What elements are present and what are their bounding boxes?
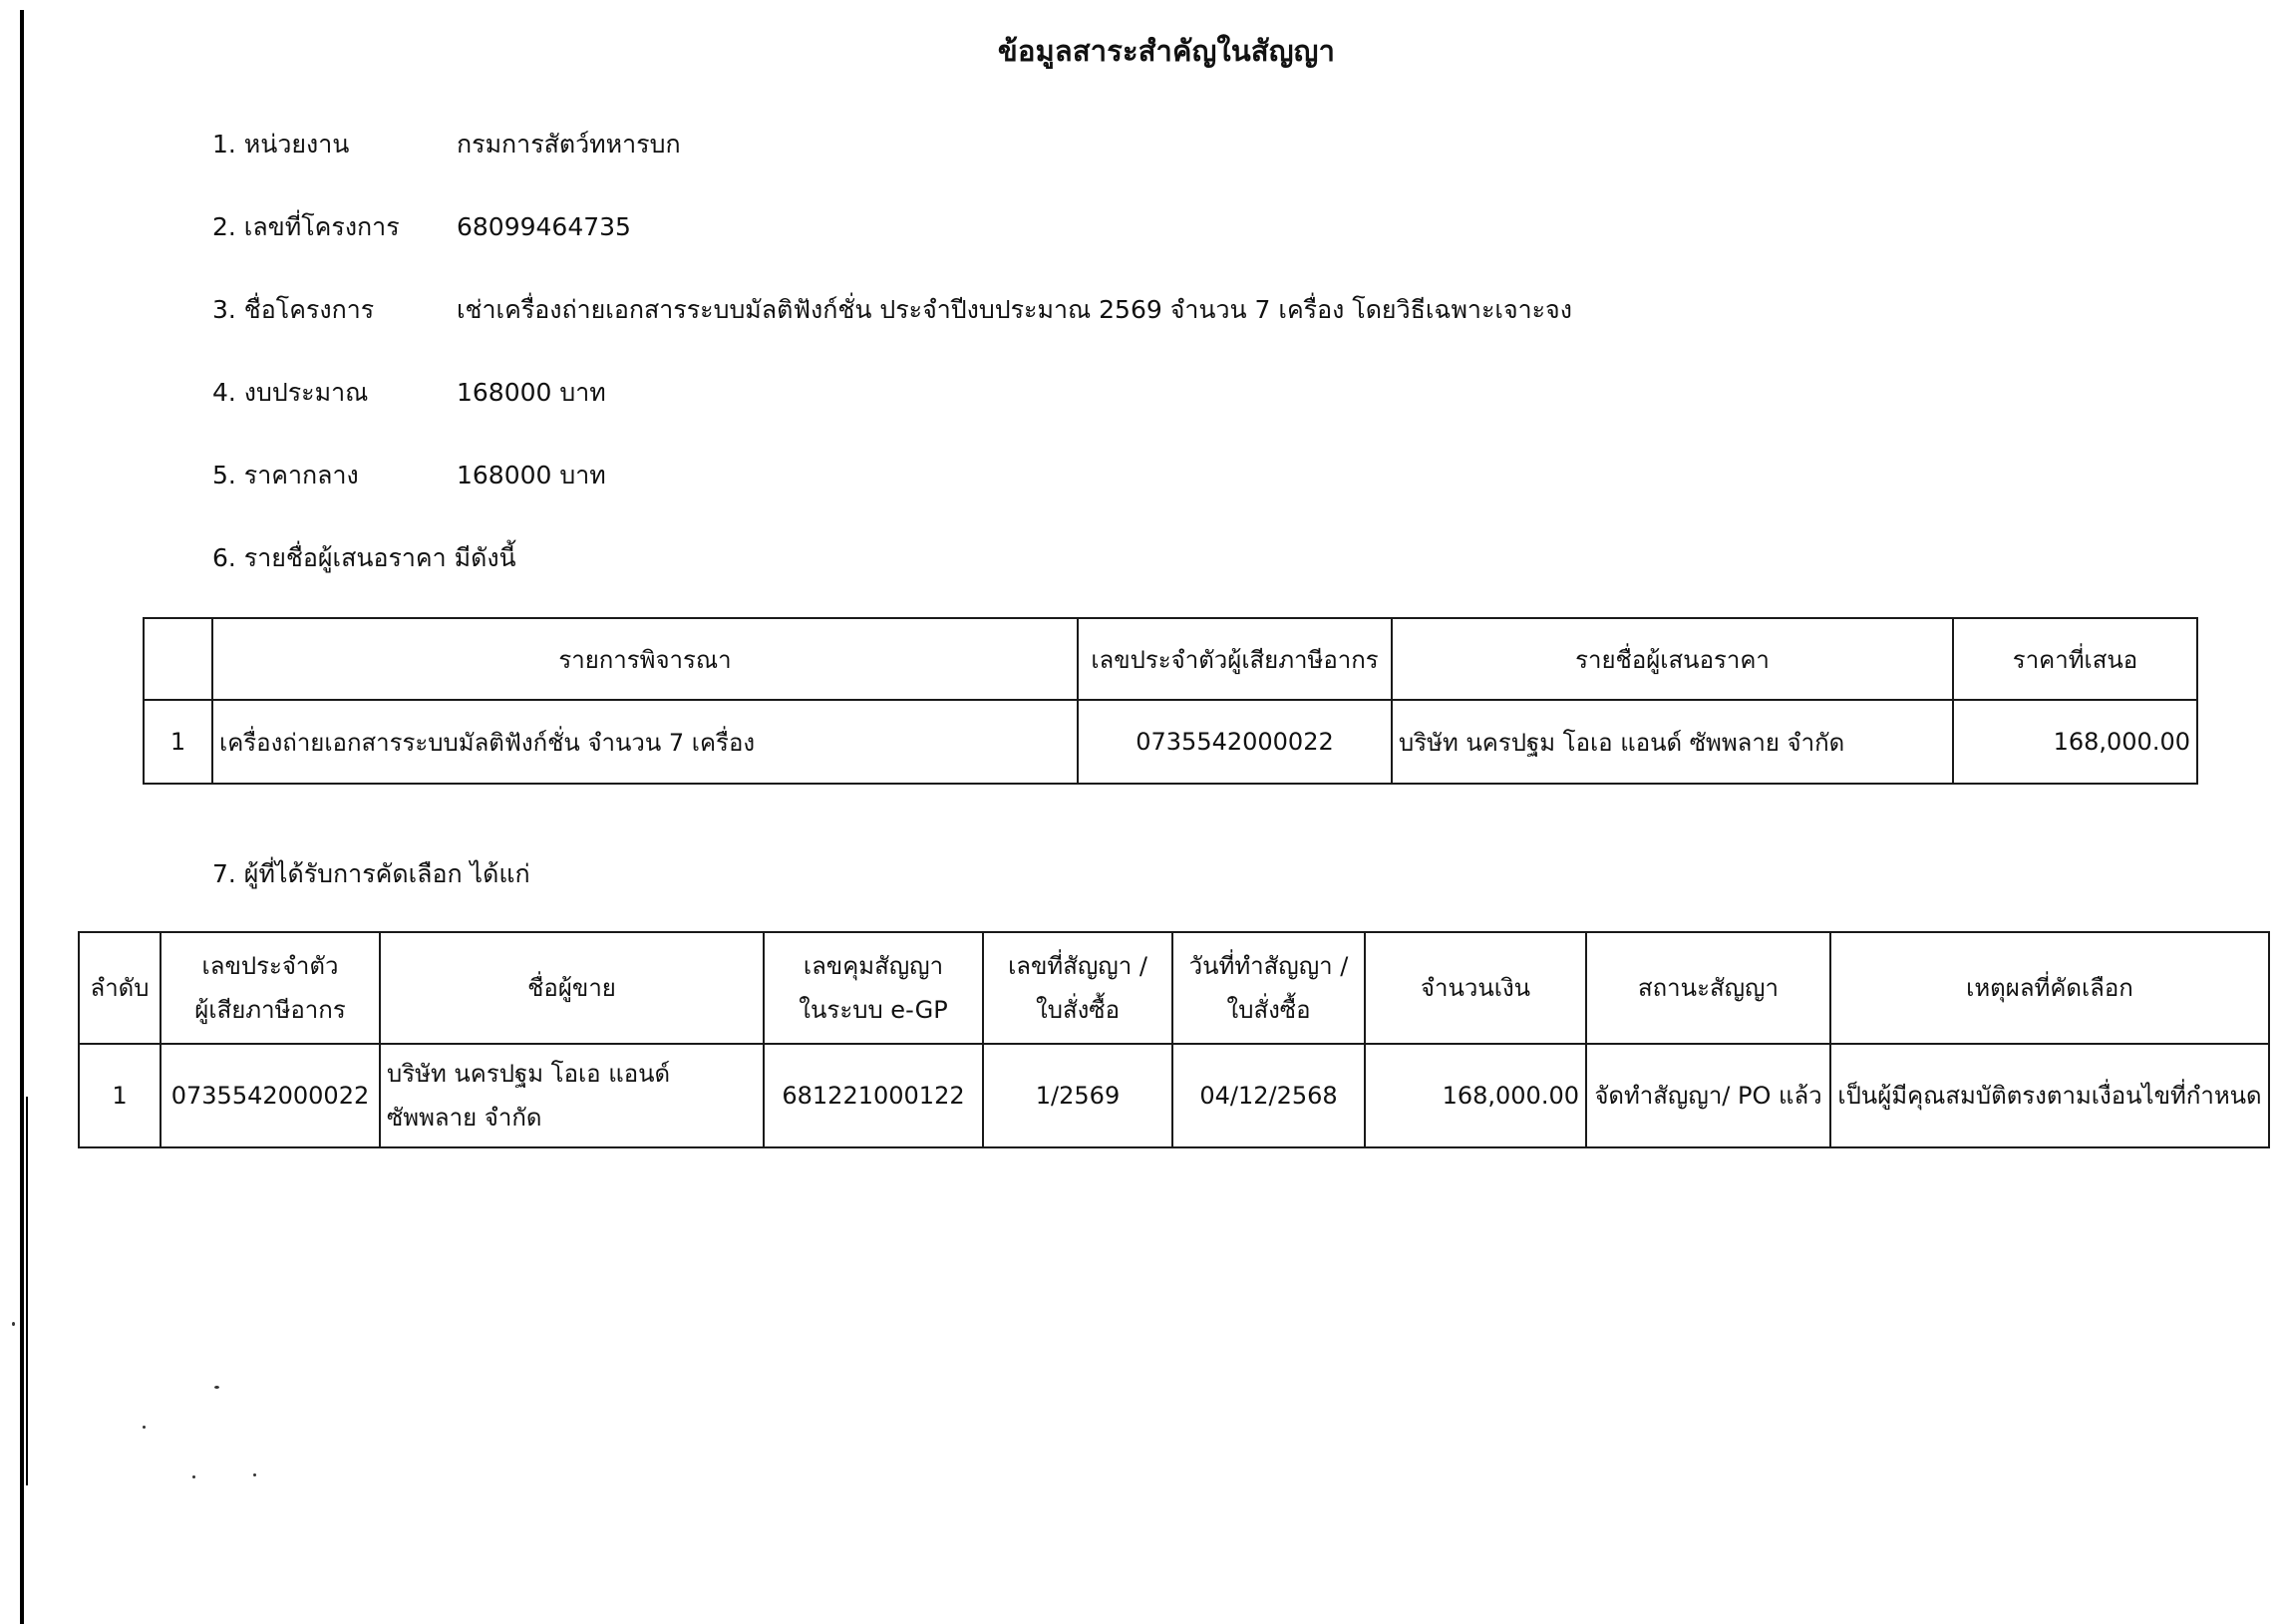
header-contract-date: วันที่ทำสัญญา / ใบสั่งซื้อ — [1172, 932, 1365, 1044]
cell-index: 1 — [144, 700, 212, 784]
header-contract-date-line2: ใบสั่งซื้อ — [1179, 988, 1358, 1032]
header-no: ลำดับ — [79, 932, 161, 1044]
cell-bidder: บริษัท นครปฐม โอเอ แอนด์ ซัพพลาย จำกัด — [1392, 700, 1953, 784]
info-label: 4. งบประมาณ — [212, 373, 368, 413]
info-label: 3. ชื่อโครงการ — [212, 290, 374, 330]
cell-contract-date: 04/12/2568 — [1172, 1044, 1365, 1147]
header-seller: ชื่อผู้ขาย — [380, 932, 764, 1044]
table-row: 1 0735542000022 บริษัท นครปฐม โอเอ แอนด์… — [79, 1044, 2269, 1147]
section7-label: 7. ผู้ที่ได้รับการคัดเลือก ได้แก่ — [212, 854, 530, 894]
info-value: เช่าเครื่องถ่ายเอกสารระบบมัลติฟังก์ชั่น … — [457, 290, 1572, 330]
header-tax-id-line1: เลขประจำตัว — [167, 944, 373, 988]
header-amount: จำนวนเงิน — [1365, 932, 1586, 1044]
cell-tax-id: 0735542000022 — [161, 1044, 380, 1147]
info-label: 2. เลขที่โครงการ — [212, 207, 400, 247]
scan-speck — [192, 1475, 195, 1478]
header-contract-date-line1: วันที่ทำสัญญา / — [1179, 944, 1358, 988]
info-label: 1. หน่วยงาน — [212, 125, 349, 164]
scan-speck — [143, 1426, 146, 1429]
header-tax-id-line2: ผู้เสียภาษีอากร — [167, 988, 373, 1032]
winners-table: ลำดับ เลขประจำตัว ผู้เสียภาษีอากร ชื่อผู… — [78, 931, 2270, 1148]
header-contract-no-line2: ใบสั่งซื้อ — [990, 988, 1165, 1032]
cell-no: 1 — [79, 1044, 161, 1147]
cell-seller: บริษัท นครปฐม โอเอ แอนด์ ซัพพลาย จำกัด — [380, 1044, 764, 1147]
info-value: 168000 บาท — [457, 373, 606, 413]
header-bidder: รายชื่อผู้เสนอราคา — [1392, 618, 1953, 700]
table-header-row: ลำดับ เลขประจำตัว ผู้เสียภาษีอากร ชื่อผู… — [79, 932, 2269, 1044]
header-control-line2: ในระบบ e-GP — [771, 988, 976, 1032]
header-tax-id: เลขประจำตัว ผู้เสียภาษีอากร — [161, 932, 380, 1044]
header-tax-id: เลขประจำตัวผู้เสียภาษีอากร — [1078, 618, 1392, 700]
header-contract-no-line1: เลขที่สัญญา / — [990, 944, 1165, 988]
cell-price: 168,000.00 — [1953, 700, 2197, 784]
header-price: ราคาที่เสนอ — [1953, 618, 2197, 700]
header-item: รายการพิจารณา — [212, 618, 1078, 700]
cell-status: จัดทำสัญญา/ PO แล้ว — [1586, 1044, 1830, 1147]
bidders-table: รายการพิจารณา เลขประจำตัวผู้เสียภาษีอากร… — [143, 617, 2198, 785]
info-value: 168000 บาท — [457, 456, 606, 495]
cell-control-number: 681221000122 — [764, 1044, 983, 1147]
table-row: 1 เครื่องถ่ายเอกสารระบบมัลติฟังก์ชั่น จำ… — [144, 700, 2197, 784]
header-contract-number: เลขที่สัญญา / ใบสั่งซื้อ — [983, 932, 1172, 1044]
cell-tax-id: 0735542000022 — [1078, 700, 1392, 784]
info-value: กรมการสัตว์ทหารบก — [457, 125, 681, 164]
document-title: ข้อมูลสาระสำคัญในสัญญา — [0, 28, 2279, 74]
info-label: 6. รายชื่อผู้เสนอราคา มีดังนี้ — [212, 538, 516, 578]
info-label: 5. ราคากลาง — [212, 456, 359, 495]
table-header-row: รายการพิจารณา เลขประจำตัวผู้เสียภาษีอากร… — [144, 618, 2197, 700]
cell-seller-line2: ซัพพลาย จำกัด — [387, 1096, 757, 1139]
cell-item: เครื่องถ่ายเอกสารระบบมัลติฟังก์ชั่น จำนว… — [212, 700, 1078, 784]
header-control-number: เลขคุมสัญญา ในระบบ e-GP — [764, 932, 983, 1044]
header-status: สถานะสัญญา — [1586, 932, 1830, 1044]
info-value: 68099464735 — [457, 207, 631, 247]
scan-speck — [12, 1322, 15, 1326]
scan-margin-line — [20, 10, 24, 1624]
scan-speck — [253, 1473, 256, 1476]
header-reason: เหตุผลที่คัดเลือก — [1830, 932, 2269, 1044]
cell-contract-number: 1/2569 — [983, 1044, 1172, 1147]
cell-reason: เป็นผู้มีคุณสมบัติตรงตามเงื่อนไขที่กำหนด — [1830, 1044, 2269, 1147]
header-index — [144, 618, 212, 700]
cell-amount: 168,000.00 — [1365, 1044, 1586, 1147]
scan-margin-line-inner — [26, 1097, 28, 1485]
cell-seller-line1: บริษัท นครปฐม โอเอ แอนด์ — [387, 1052, 757, 1096]
scan-speck — [214, 1386, 219, 1389]
header-control-line1: เลขคุมสัญญา — [771, 944, 976, 988]
